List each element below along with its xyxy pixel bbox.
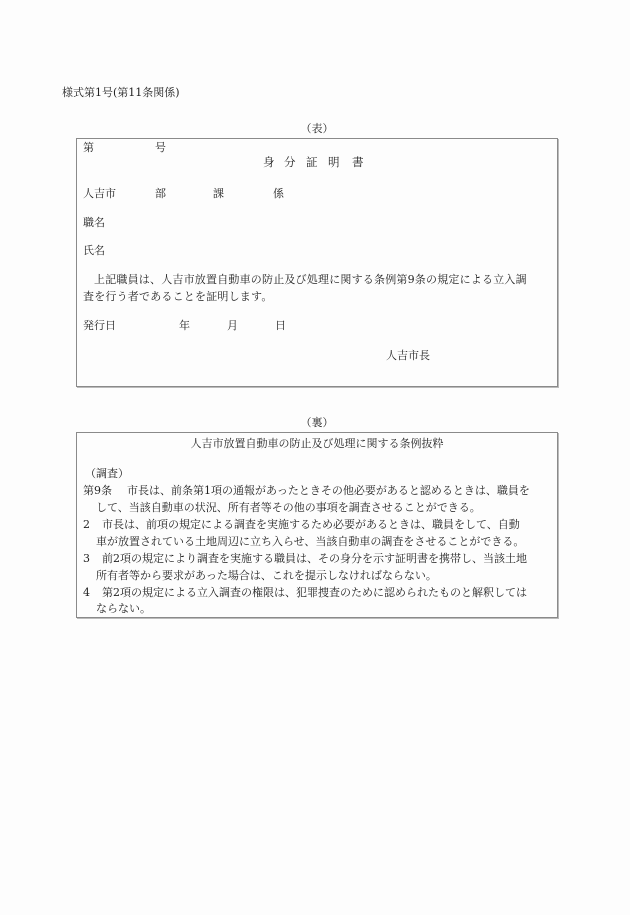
certification-text-line2: 査を行う者であることを証明します。 — [83, 291, 273, 302]
issuer: 人吉市長 — [386, 350, 430, 361]
department-city: 人吉市 — [83, 188, 116, 199]
front-card: 第 号 身分証明書 人吉市 部 課 係 職名 氏名 上記職員は、人吉市放置自動車… — [76, 138, 558, 387]
issue-date-year: 年 — [179, 320, 190, 331]
certification-text-line1: 上記職員は、人吉市放置自動車の防止及び処理に関する条例第9条の規定による立入調 — [94, 274, 527, 285]
issue-date-day: 日 — [275, 320, 286, 331]
article-line1: 市長は、前条第1項の通報があったときその他必要があると認めるときは、職員を — [127, 484, 530, 497]
department-bu: 部 — [155, 188, 166, 199]
document-title: 身分証明書 — [263, 157, 364, 169]
title-char: 書 — [352, 157, 364, 169]
article-line2: して、当該自動車の状況、所有者等その他の事項を調査させることができる。 — [96, 502, 481, 513]
article-number: 第9条 — [83, 484, 112, 497]
title-char: 明 — [328, 157, 352, 169]
number-suffix: 号 — [155, 142, 166, 153]
form-number: 様式第1号(第11条関係) — [62, 87, 180, 98]
paragraph-number: 3 — [83, 553, 90, 564]
paragraph-line2: 車が放置されている土地周辺に立ち入らせ、当該自動車の調査をさせることができる。 — [96, 536, 524, 547]
title-char: 身 — [263, 157, 284, 169]
back-card: 人吉市放置自動車の防止及び処理に関する条例抜粋 （調査） 第9条 市長は、前条第… — [76, 432, 558, 618]
section-heading: （調査） — [85, 468, 129, 479]
paragraph-line1: 第2項の規定による立入調査の権限は、犯罪捜査のために認められたものと解釈しては — [102, 587, 527, 598]
paragraph-line1: 前2項の規定により調査を実施する職員は、その身分を示す証明書を携帯し、当該土地 — [102, 553, 527, 564]
paragraph-number: 4 — [83, 587, 90, 598]
position-label: 職名 — [83, 217, 105, 228]
issue-date-month: 月 — [227, 320, 238, 331]
title-char: 分 — [284, 157, 306, 169]
issue-date-label: 発行日 — [83, 320, 116, 331]
paragraph-number: 2 — [83, 519, 90, 530]
front-side-label: （表） — [76, 123, 558, 134]
title-char: 証 — [306, 157, 328, 169]
paragraph-line1: 市長は、前項の規定による調査を実施するため必要があるときは、職員をして、自動 — [102, 519, 520, 530]
ordinance-excerpt-title: 人吉市放置自動車の防止及び処理に関する条例抜粋 — [77, 438, 557, 449]
department-kakari: 係 — [273, 188, 284, 199]
name-label: 氏名 — [83, 245, 105, 256]
department-ka: 課 — [213, 188, 224, 199]
back-side-label: （裏） — [76, 417, 558, 428]
paragraph-line2: ならない。 — [96, 603, 151, 614]
paragraph-line2: 所有者等から要求があった場合は、これを提示しなければならない。 — [96, 570, 437, 581]
number-prefix: 第 — [83, 142, 94, 153]
article-9: 第9条 市長は、前条第1項の通報があったときその他必要があると認めるときは、職員… — [83, 485, 530, 496]
